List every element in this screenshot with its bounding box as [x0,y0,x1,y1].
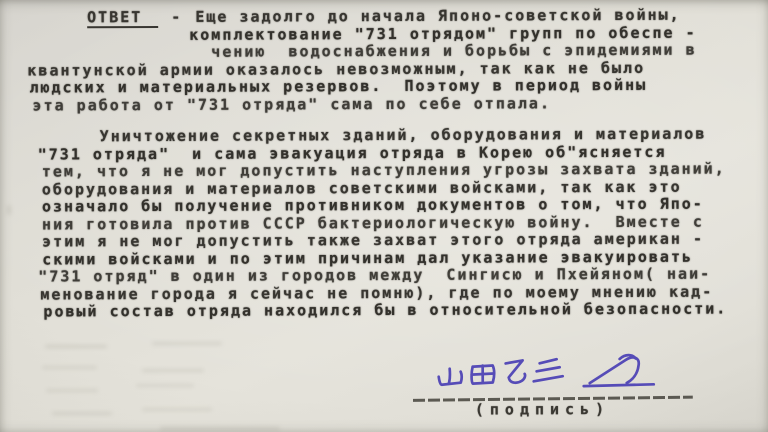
document-scan: ОТВЕТ-Еще задолго до начала Японо-советс… [0,0,768,432]
text-line: эта работа от "731 отряда" сама по себе … [32,93,767,114]
answer-label: ОТВЕТ [87,8,158,28]
text-line: ровый состав отряда находился бы в относ… [43,299,768,320]
answer-separator: - [171,8,182,26]
paragraph-2: Уничтожение секретных зданий, оборудован… [0,124,768,320]
signature-caption: (подпись) [475,400,610,421]
signature-handwriting [424,350,669,395]
paragraph-1: ОТВЕТ-Еще задолго до начала Японо-советс… [0,5,768,113]
typewritten-text: ОТВЕТ-Еще задолго до начала Японо-советс… [0,0,768,432]
